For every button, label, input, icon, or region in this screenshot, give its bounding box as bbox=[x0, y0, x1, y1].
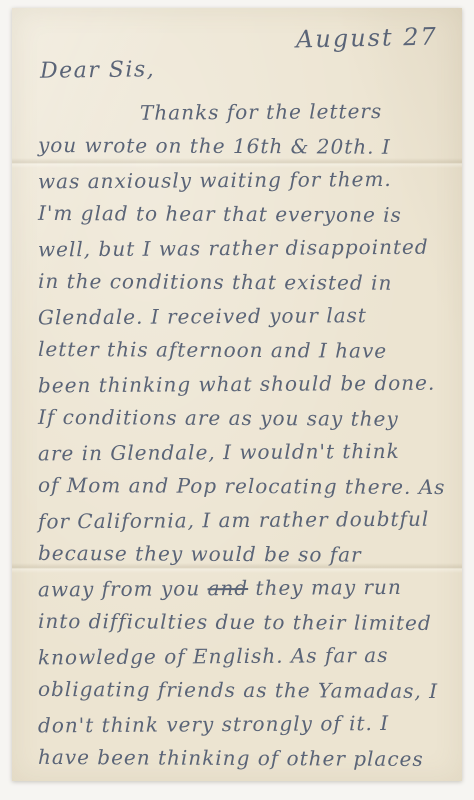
letter-line: If conditions are as you say they bbox=[38, 400, 446, 436]
letter-line: don't think very strongly of it. I bbox=[38, 706, 446, 743]
letter-line-text: don't think very strongly of it. I bbox=[38, 711, 389, 737]
letter-line-text: obligating friends as the Yamadas, I bbox=[38, 677, 438, 703]
letter-line: well, but I was rather disappointed bbox=[38, 230, 446, 267]
letter-line: are in Glendale, I wouldn't think bbox=[38, 434, 446, 471]
letter-line-text: have been thinking of other places bbox=[38, 745, 424, 771]
letter-line-text: Glendale. I received your last bbox=[38, 303, 367, 329]
letter-line-text: was anxiously waiting for them. bbox=[38, 167, 392, 193]
letter-line: away from you and they may run bbox=[38, 570, 446, 607]
letter-line-text: Thanks for the letters bbox=[140, 99, 382, 125]
letter-line: was anxiously waiting for them. bbox=[38, 162, 446, 199]
letter-line: of Mom and Pop relocating there. As bbox=[38, 468, 446, 504]
letter-line: you wrote on the 16th & 20th. I bbox=[38, 128, 446, 164]
letter-line-text: they may run bbox=[248, 575, 402, 600]
letter-line: knowledge of English. As far as bbox=[38, 638, 446, 675]
letter-line: have been thinking of other places bbox=[38, 740, 446, 776]
letter-line-text: are in Glendale, I wouldn't think bbox=[38, 439, 400, 466]
letter-line: Thanks for the letters bbox=[38, 94, 446, 131]
letter-line-text: been thinking what should be done. bbox=[38, 371, 435, 398]
letter-line: in the conditions that existed in bbox=[38, 264, 446, 300]
letter-line: because they would be so far bbox=[38, 536, 446, 572]
letter-line: for California, I am rather doubtful bbox=[38, 502, 446, 539]
letter-salutation: Dear Sis, bbox=[40, 57, 156, 84]
letter-line-text: away from you bbox=[38, 576, 208, 601]
letter-line-text: for California, I am rather doubtful bbox=[38, 507, 429, 534]
letter-line-text: If conditions are as you say they bbox=[38, 405, 399, 431]
letter-line: Glendale. I received your last bbox=[38, 298, 446, 335]
letter-line-text: of Mom and Pop relocating there. As bbox=[38, 473, 446, 499]
letter-line: obligating friends as the Yamadas, I bbox=[38, 672, 446, 708]
letter-body: Thanks for the lettersyou wrote on the 1… bbox=[38, 95, 446, 775]
letter-line-text: I'm glad to hear that everyone is bbox=[38, 201, 402, 227]
letter-line-text: because they would be so far bbox=[38, 541, 362, 567]
letter-line-text: in the conditions that existed in bbox=[38, 269, 392, 295]
letter-line-text: you wrote on the 16th & 20th. I bbox=[38, 133, 391, 159]
letter-line: letter this afternoon and I have bbox=[38, 332, 446, 368]
letter-paper: August 27 Dear Sis, Thanks for the lette… bbox=[12, 8, 462, 781]
letter-photo: August 27 Dear Sis, Thanks for the lette… bbox=[0, 0, 474, 800]
struck-word: and bbox=[207, 576, 248, 600]
letter-line: I'm glad to hear that everyone is bbox=[38, 196, 446, 232]
letter-line: been thinking what should be done. bbox=[38, 366, 446, 403]
letter-date: August 27 bbox=[296, 23, 438, 54]
letter-line-text: well, but I was rather disappointed bbox=[38, 235, 429, 262]
letter-line-text: knowledge of English. As far as bbox=[38, 643, 389, 669]
letter-line: into difficulties due to their limited bbox=[38, 604, 446, 640]
letter-line-text: into difficulties due to their limited bbox=[38, 609, 432, 635]
letter-line-text: letter this afternoon and I have bbox=[38, 337, 387, 363]
